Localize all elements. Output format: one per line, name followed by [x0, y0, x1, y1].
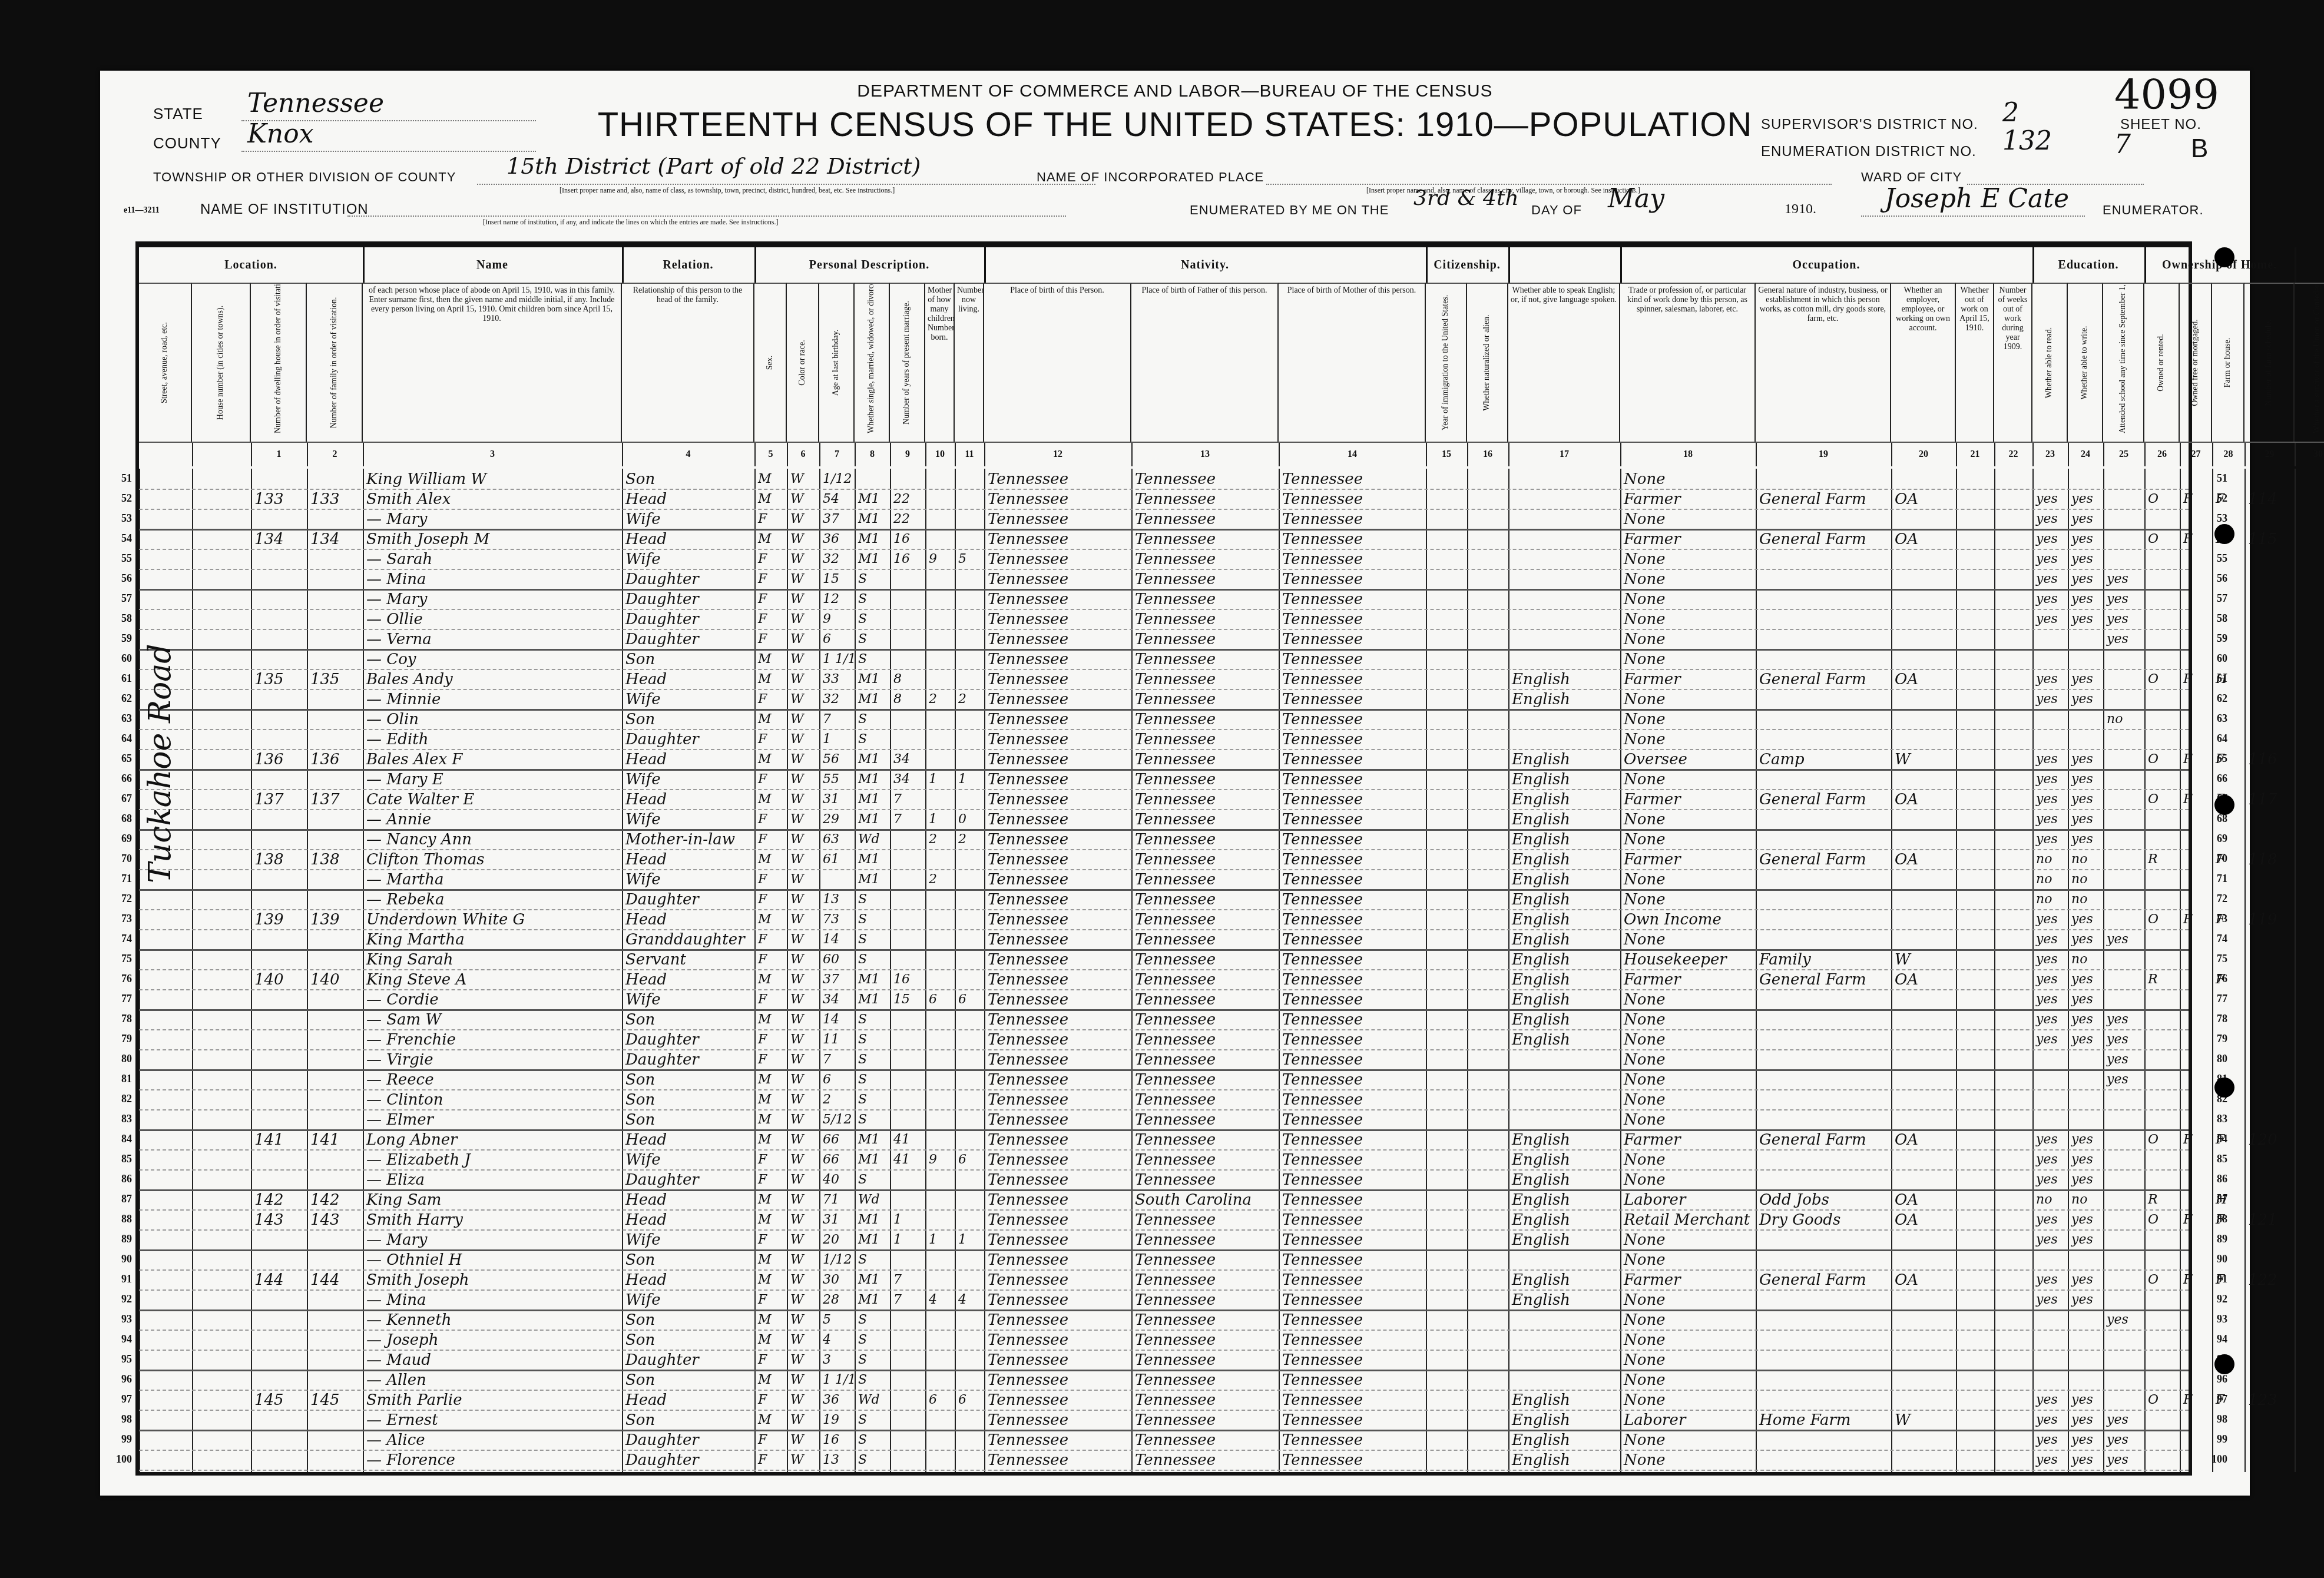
cell-english: English: [1508, 1450, 1620, 1470]
cell-trade: Own Income: [1620, 909, 1756, 929]
cell-relation: Head: [622, 749, 754, 769]
cell-trade: None: [1620, 1229, 1756, 1249]
cell-mother-birth: Tennessee: [1279, 549, 1426, 569]
column-number: 24: [2068, 442, 2104, 466]
cell-birth: Tennessee: [984, 649, 1131, 669]
cell-industry: [1756, 909, 1891, 929]
cell-free: [2180, 1289, 2212, 1310]
column-number: 4: [622, 442, 756, 466]
cell-years-married: 16: [890, 969, 925, 989]
cell-mother-birth: Tennessee: [1279, 1370, 1426, 1390]
cell-free: [2180, 1350, 2212, 1370]
cell-living: [955, 589, 984, 609]
cell-marital: S: [855, 1330, 890, 1350]
cell-born: [925, 1069, 955, 1089]
cell-father-birth: Tennessee: [1131, 1269, 1279, 1289]
cell-class: [1891, 629, 1956, 649]
cell-age: 19: [819, 1410, 855, 1430]
column-header-label: Year of immigration to the United States…: [1441, 292, 1451, 433]
punch-hole: [2214, 247, 2234, 267]
cell-name: King Sarah: [363, 949, 622, 969]
cell-english: English: [1508, 1209, 1620, 1229]
cell-schedule: [2244, 1089, 2295, 1109]
cell-family: [307, 1249, 363, 1269]
cell-sex: F: [754, 629, 787, 649]
cell-read: yes: [2032, 1149, 2068, 1169]
cell-mother-birth: Tennessee: [1279, 869, 1426, 889]
cell-race: W: [787, 1450, 819, 1470]
cell-school: [2103, 1289, 2144, 1310]
cell-dwelling: [251, 1330, 307, 1350]
line-number: 94: [102, 1333, 132, 1345]
line-number: 85: [102, 1153, 132, 1165]
cell-living: [955, 1450, 984, 1470]
cell-sex: M: [754, 1009, 787, 1029]
cell-sex: M: [754, 1370, 787, 1390]
cell-age: 32: [819, 689, 855, 709]
cell-name: — Mina: [363, 569, 622, 589]
cell-relation: Daughter: [622, 1169, 754, 1189]
cell-born: [925, 1169, 955, 1189]
column-header-label: Place of birth of this Person.: [1010, 286, 1104, 295]
cell-father-birth: Tennessee: [1131, 1009, 1279, 1029]
cell-industry: General Farm: [1756, 669, 1891, 689]
cell-birth: Tennessee: [984, 909, 1131, 929]
cell-relation: Daughter: [622, 729, 754, 749]
cell-father-birth: Tennessee: [1131, 1249, 1279, 1269]
cell-years-married: [890, 609, 925, 629]
cell-family: [307, 949, 363, 969]
cell-birth: Tennessee: [984, 489, 1131, 509]
cell-age: 13: [819, 1450, 855, 1470]
cell-relation: Daughter: [622, 609, 754, 629]
cell-owned: [2144, 1029, 2180, 1049]
cell-trade: None: [1620, 1450, 1756, 1470]
cell-sex: F: [754, 989, 787, 1009]
cell-trade: Retail Merchant: [1620, 1209, 1756, 1229]
cell-born: [925, 1310, 955, 1330]
cell-dwelling: 137: [251, 789, 307, 809]
cell-read: yes: [2032, 809, 2068, 829]
cell-race: W: [787, 1370, 819, 1390]
cell-read: yes: [2032, 609, 2068, 629]
cell-living: [955, 1209, 984, 1229]
column-number: 6: [787, 442, 820, 466]
cell-years-married: 15: [890, 989, 925, 1009]
cell-write: [2068, 629, 2103, 649]
cell-schedule: [2244, 1450, 2295, 1470]
cell-industry: [1756, 1289, 1891, 1310]
column-header: of each person whose place of abode on A…: [363, 283, 622, 442]
cell-farm: [2212, 1289, 2244, 1310]
line-number: 62: [102, 692, 132, 705]
cell-write: [2068, 1370, 2103, 1390]
cell-school: [2103, 909, 2144, 929]
cell-class: [1891, 549, 1956, 569]
cell-father-birth: Tennessee: [1131, 809, 1279, 829]
cell-born: [925, 1350, 955, 1370]
cell-name: King Sam: [363, 1189, 622, 1209]
cell-birth: Tennessee: [984, 589, 1131, 609]
column-header: General nature of industry, business, or…: [1756, 283, 1891, 442]
cell-relation: Wife: [622, 809, 754, 829]
cell-years-married: [890, 1009, 925, 1029]
cell-free: [2180, 549, 2212, 569]
cell-born: [925, 529, 955, 549]
cell-father-birth: Tennessee: [1131, 1089, 1279, 1109]
cell-name: — Mary: [363, 589, 622, 609]
cell-born: [925, 1129, 955, 1149]
cell-race: W: [787, 949, 819, 969]
cell-owned: [2144, 1049, 2180, 1069]
cell-name: — Reece: [363, 1069, 622, 1089]
cell-industry: [1756, 989, 1891, 1009]
cell-free: [2180, 1249, 2212, 1269]
cell-trade: Farmer: [1620, 849, 1756, 869]
cell-write: yes: [2068, 929, 2103, 949]
cell-living: [955, 1370, 984, 1390]
cell-family: [307, 1049, 363, 1069]
cell-mother-birth: Tennessee: [1279, 1450, 1426, 1470]
cell-owned: [2144, 829, 2180, 849]
cell-marital: M1: [855, 869, 890, 889]
cell-trade: None: [1620, 469, 1756, 489]
cell-read: yes: [2032, 1410, 2068, 1430]
cell-trade: None: [1620, 1390, 1756, 1410]
cell-marital: S: [855, 1009, 890, 1029]
cell-class: [1891, 609, 1956, 629]
cell-industry: General Farm: [1756, 489, 1891, 509]
cell-years-married: [890, 1189, 925, 1209]
line-number: 55: [102, 552, 132, 565]
cell-birth: Tennessee: [984, 989, 1131, 1009]
cell-write: yes: [2068, 1129, 2103, 1149]
cell-relation: Daughter: [622, 569, 754, 589]
cell-write: [2068, 469, 2103, 489]
cell-trade: None: [1620, 1009, 1756, 1029]
cell-free: [2180, 569, 2212, 589]
cell-english: English: [1508, 669, 1620, 689]
cell-class: [1891, 1249, 1956, 1269]
cell-dwelling: [251, 929, 307, 949]
cell-years-married: 16: [890, 549, 925, 569]
cell-age: 7: [819, 1049, 855, 1069]
cell-dwelling: 133: [251, 489, 307, 509]
column-header: Attended school any time since September…: [2103, 283, 2144, 442]
cell-age: 54: [819, 489, 855, 509]
cell-family: [307, 1149, 363, 1169]
enumerated-label: Enumerated by me on the: [1190, 203, 1389, 218]
cell-birth: Tennessee: [984, 889, 1131, 909]
cell-write: [2068, 729, 2103, 749]
cell-schedule: [2244, 889, 2295, 909]
cell-farm: F: [2212, 909, 2244, 929]
cell-write: yes: [2068, 1269, 2103, 1289]
cell-sex: F: [754, 929, 787, 949]
cell-age: 66: [819, 1129, 855, 1149]
line-number: 87: [102, 1193, 132, 1205]
cell-free: [2180, 629, 2212, 649]
cell-marital: M1: [855, 1229, 890, 1249]
column-number: 15: [1426, 442, 1468, 466]
cell-birth: Tennessee: [984, 1390, 1131, 1410]
cell-read: yes: [2032, 549, 2068, 569]
cell-mother-birth: Tennessee: [1279, 749, 1426, 769]
cell-owned: [2144, 1430, 2180, 1450]
cell-trade: None: [1620, 1109, 1756, 1129]
cell-race: W: [787, 629, 819, 649]
cell-family: [307, 729, 363, 749]
cell-industry: Dry Goods: [1756, 1209, 1891, 1229]
cell-marital: S: [855, 929, 890, 949]
cell-mother-birth: Tennessee: [1279, 949, 1426, 969]
cell-age: 55: [819, 769, 855, 789]
cell-birth: Tennessee: [984, 569, 1131, 589]
cell-birth: Tennessee: [984, 1189, 1131, 1209]
cell-write: [2068, 1350, 2103, 1370]
cell-farm: [2212, 1149, 2244, 1169]
column-number: 10: [925, 442, 956, 466]
cell-years-married: 41: [890, 1149, 925, 1169]
cell-living: 6: [955, 1390, 984, 1410]
cell-born: [925, 849, 955, 869]
table-row: — Sam WSonMW14STennesseeTennesseeTenness…: [139, 1009, 2189, 1030]
cell-marital: Wd: [855, 829, 890, 849]
cell-school: [2103, 1209, 2144, 1229]
cell-english: English: [1508, 1410, 1620, 1430]
cell-english: English: [1508, 1009, 1620, 1029]
cell-age: 11: [819, 1029, 855, 1049]
cell-dwelling: [251, 1289, 307, 1310]
column-header: Owned or rented.: [2144, 283, 2180, 442]
cell-family: [307, 929, 363, 949]
cell-write: yes: [2068, 1149, 2103, 1169]
cell-read: yes: [2032, 1229, 2068, 1249]
cell-write: yes: [2068, 1450, 2103, 1470]
cell-years-married: [890, 889, 925, 909]
cell-industry: [1756, 1330, 1891, 1350]
cell-marital: S: [855, 1089, 890, 1109]
cell-class: OA: [1891, 1189, 1956, 1209]
cell-birth: Tennessee: [984, 1149, 1131, 1169]
cell-age: 3: [819, 1350, 855, 1370]
cell-free: [2180, 1370, 2212, 1390]
cell-living: [955, 789, 984, 809]
cell-schedule: [2244, 649, 2295, 669]
cell-father-birth: Tennessee: [1131, 909, 1279, 929]
table-row: — OlinSonMW7STennesseeTennesseeTennessee…: [139, 709, 2189, 730]
cell-read: yes: [2032, 589, 2068, 609]
cell-write: [2068, 1330, 2103, 1350]
cell-name: — Verna: [363, 629, 622, 649]
cell-dwelling: [251, 1029, 307, 1049]
cell-english: English: [1508, 829, 1620, 849]
cell-read: [2032, 1249, 2068, 1269]
cell-marital: M1: [855, 1149, 890, 1169]
cell-industry: Family: [1756, 949, 1891, 969]
cell-born: [925, 889, 955, 909]
cell-sex: M: [754, 1189, 787, 1209]
cell-free: [2180, 1189, 2212, 1209]
cell-name: — Mary E: [363, 769, 622, 789]
cell-write: yes: [2068, 989, 2103, 1009]
cell-birth: Tennessee: [984, 849, 1131, 869]
cell-born: [925, 1370, 955, 1390]
cell-name: — Joseph: [363, 1330, 622, 1350]
cell-birth: Tennessee: [984, 749, 1131, 769]
cell-race: W: [787, 1249, 819, 1269]
cell-english: English: [1508, 1269, 1620, 1289]
cell-marital: Wd: [855, 1390, 890, 1410]
cell-relation: Son: [622, 1330, 754, 1350]
cell-industry: [1756, 469, 1891, 489]
cell-mother-birth: Tennessee: [1279, 1049, 1426, 1069]
cell-born: [925, 789, 955, 809]
line-number: 98: [102, 1413, 132, 1425]
cell-years-married: [890, 1450, 925, 1470]
cell-name: — Rebeka: [363, 889, 622, 909]
cell-name: — Florence: [363, 1450, 622, 1470]
cell-schedule: [2244, 769, 2295, 789]
cell-dwelling: [251, 1169, 307, 1189]
cell-class: [1891, 649, 1956, 669]
cell-english: [1508, 1109, 1620, 1129]
cell-marital: S: [855, 589, 890, 609]
cell-name: — Sam W: [363, 1009, 622, 1029]
cell-read: yes: [2032, 769, 2068, 789]
cell-industry: [1756, 1089, 1891, 1109]
cell-farm: [2212, 1450, 2244, 1470]
cell-race: W: [787, 969, 819, 989]
punch-hole: [2214, 524, 2234, 544]
column-header-label: Mother of how many children. Number born…: [928, 286, 955, 342]
cell-name: — Edith: [363, 729, 622, 749]
column-header: Number of farm schedule.: [2244, 283, 2295, 442]
cell-class: OA: [1891, 969, 1956, 989]
cell-family: [307, 469, 363, 489]
cell-dwelling: [251, 689, 307, 709]
cell-birth: Tennessee: [984, 1330, 1131, 1350]
cell-class: [1891, 909, 1956, 929]
cell-industry: Home Farm: [1756, 1410, 1891, 1430]
cell-trade: None: [1620, 1149, 1756, 1169]
column-number: 23: [2032, 442, 2069, 466]
cell-birth: Tennessee: [984, 709, 1131, 729]
cell-read: yes: [2032, 1209, 2068, 1229]
cell-family: [307, 1450, 363, 1470]
cell-race: W: [787, 469, 819, 489]
cell-name: — Eliza: [363, 1169, 622, 1189]
line-number: 54: [102, 532, 132, 545]
cell-school: [2103, 729, 2144, 749]
cell-mother-birth: Tennessee: [1279, 669, 1426, 689]
cell-class: [1891, 689, 1956, 709]
cell-farm: [2212, 889, 2244, 909]
line-number: 66: [102, 773, 132, 785]
line-number: 58: [102, 612, 132, 625]
cell-english: English: [1508, 749, 1620, 769]
table-row: — ElizaDaughterFW40STennesseeTennesseeTe…: [139, 1169, 2189, 1191]
cell-english: English: [1508, 929, 1620, 949]
cell-free: [2180, 589, 2212, 609]
cell-father-birth: Tennessee: [1131, 489, 1279, 509]
cell-schedule: [2244, 1310, 2295, 1330]
cell-father-birth: Tennessee: [1131, 989, 1279, 1009]
column-header-label: Sex.: [766, 292, 775, 433]
cell-write: yes: [2068, 1209, 2103, 1229]
cell-birth: Tennessee: [984, 1029, 1131, 1049]
cell-living: [955, 629, 984, 649]
cell-free: [2180, 1029, 2212, 1049]
line-number: 83: [102, 1113, 132, 1125]
cell-farm: [2212, 649, 2244, 669]
cell-years-married: 7: [890, 789, 925, 809]
cell-trade: None: [1620, 1029, 1756, 1049]
cell-name: — Minnie: [363, 689, 622, 709]
cell-owned: [2144, 1149, 2180, 1169]
cell-marital: M1: [855, 549, 890, 569]
cell-living: [955, 489, 984, 509]
column-header: Trade or profession of, or particular ki…: [1620, 283, 1756, 442]
cell-trade: None: [1620, 1169, 1756, 1189]
cell-born: [925, 1189, 955, 1209]
cell-schedule: [2244, 1289, 2295, 1310]
cell-living: [955, 1269, 984, 1289]
cell-free: F: [2180, 489, 2212, 509]
cell-marital: [855, 469, 890, 489]
cell-age: 15: [819, 569, 855, 589]
cell-family: [307, 1109, 363, 1129]
cell-race: W: [787, 1029, 819, 1049]
table-row: — CordieWifeFW34M11566TennesseeTennessee…: [139, 989, 2189, 1011]
cell-free: F: [2180, 909, 2212, 929]
column-header-label: Trade or profession of, or particular ki…: [1627, 286, 1747, 314]
cell-write: [2068, 709, 2103, 729]
cell-english: [1508, 509, 1620, 529]
cell-years-married: 34: [890, 769, 925, 789]
cell-industry: [1756, 1229, 1891, 1249]
cell-family: 139: [307, 909, 363, 929]
cell-write: yes: [2068, 829, 2103, 849]
cell-dwelling: 136: [251, 749, 307, 769]
line-number: 91: [102, 1273, 132, 1285]
column-header-label: Number of dwelling house in order of vis…: [274, 292, 283, 433]
cell-living: [955, 1350, 984, 1370]
cell-english: English: [1508, 789, 1620, 809]
enumerator-name: Joseph E Cate: [1885, 184, 2069, 214]
cell-marital: S: [855, 1049, 890, 1069]
cell-class: [1891, 989, 1956, 1009]
cell-living: [955, 1089, 984, 1109]
cell-marital: M1: [855, 689, 890, 709]
table-row: — AliceDaughterFW16STennesseeTennesseeTe…: [139, 1430, 2189, 1451]
cell-family: [307, 689, 363, 709]
cell-industry: [1756, 629, 1891, 649]
cell-free: [2180, 829, 2212, 849]
cell-age: 28: [819, 1289, 855, 1310]
cell-years-married: 7: [890, 1289, 925, 1310]
cell-farm: [2212, 1330, 2244, 1350]
column-header: Whether naturalized or alien.: [1467, 283, 1508, 442]
cell-birth: Tennessee: [984, 1089, 1131, 1109]
table-row: 143143Smith HarryHeadMW31M11TennesseeTen…: [139, 1209, 2189, 1231]
cell-school: [2103, 749, 2144, 769]
cell-race: W: [787, 789, 819, 809]
cell-marital: S: [855, 1410, 890, 1430]
cell-sex: M: [754, 469, 787, 489]
column-header-label: Whether out of work on April 15, 1910.: [1959, 286, 1989, 333]
cell-father-birth: Tennessee: [1131, 829, 1279, 849]
